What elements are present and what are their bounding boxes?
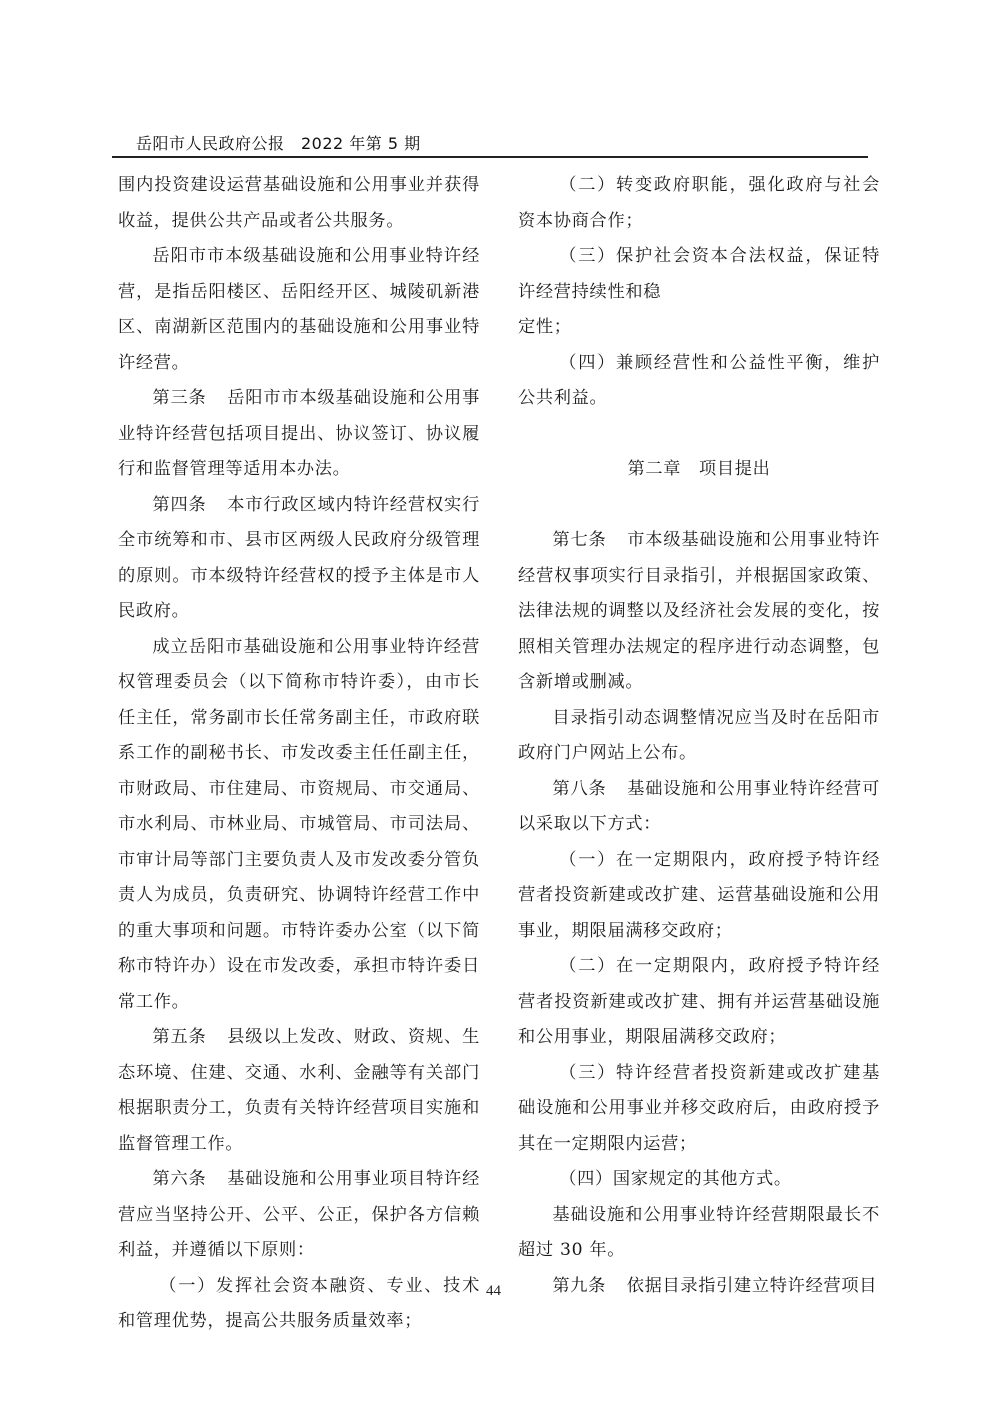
article-label: 第八条	[552, 779, 606, 799]
chapter-heading: 第二章 项目提出	[518, 417, 880, 524]
page-header: 岳阳市人民政府公报 2022 年第 5 期	[112, 128, 868, 158]
article-4: 第四条本市行政区域内特许经营权实行全市统筹和市、县市区两级人民政府分级管理的原则…	[118, 488, 480, 630]
left-column: 围内投资建设运营基础设施和公用事业并获得收益，提供公共产品或者公共服务。 岳阳市…	[118, 168, 480, 1340]
paragraph-catalog-publication: 目录指引动态调整情况应当及时在岳阳市政府门户网站上公布。	[518, 701, 880, 772]
article-3: 第三条岳阳市市本级基础设施和公用事业特许经营包括项目提出、协议签订、协议履行和监…	[118, 381, 480, 488]
article-label: 第三条	[152, 388, 206, 408]
list-item: （二）转变政府职能，强化政府与社会资本协商合作；	[518, 168, 880, 239]
list-item: （二）在一定期限内，政府授予特许经营者投资新建或改扩建、拥有并运营基础设施和公用…	[518, 949, 880, 1056]
article-text: 市本级基础设施和公用事业特许经营权事项实行目录指引，并根据国家政策、法律法规的调…	[518, 530, 880, 692]
paragraph-continued: 围内投资建设运营基础设施和公用事业并获得收益，提供公共产品或者公共服务。	[118, 168, 480, 239]
article-label: 第六条	[152, 1169, 206, 1189]
list-item: （四）兼顾经营性和公益性平衡，维护公共利益。	[518, 346, 880, 417]
article-label: 第四条	[152, 495, 206, 515]
article-6: 第六条基础设施和公用事业项目特许经营应当坚持公开、公平、公正，保护各方信赖利益，…	[118, 1162, 480, 1269]
article-label: 第九条	[552, 1276, 606, 1296]
article-8: 第八条基础设施和公用事业特许经营可以采取以下方式：	[518, 772, 880, 843]
list-item: （三）特许经营者投资新建或改扩建基础设施和公用事业并移交政府后，由政府授予其在一…	[518, 1056, 880, 1163]
article-7: 第七条市本级基础设施和公用事业特许经营权事项实行目录指引，并根据国家政策、法律法…	[518, 523, 880, 701]
paragraph-term-limit: 基础设施和公用事业特许经营期限最长不超过 30 年。	[518, 1198, 880, 1269]
article-5: 第五条县级以上发改、财政、资规、生态环境、住建、交通、水利、金融等有关部门根据职…	[118, 1020, 480, 1162]
right-column: （二）转变政府职能，强化政府与社会资本协商合作； （三）保护社会资本合法权益，保…	[518, 168, 880, 1304]
list-item-continued: 定性；	[518, 310, 880, 346]
publication-title: 岳阳市人民政府公报 2022 年第 5 期	[136, 131, 421, 154]
page-number: 44	[486, 1283, 501, 1300]
list-item: （三）保护社会资本合法权益，保证特许经营持续性和稳	[518, 239, 880, 310]
article-label: 第五条	[152, 1027, 206, 1047]
list-item: （四）国家规定的其他方式。	[518, 1162, 880, 1198]
article-label: 第七条	[552, 530, 606, 550]
paragraph-committee: 成立岳阳市基础设施和公用事业特许经营权管理委员会（以下简称市特许委），由市长任主…	[118, 630, 480, 1021]
list-item: （一）在一定期限内，政府授予特许经营者投资新建或改扩建、运营基础设施和公用事业，…	[518, 843, 880, 950]
paragraph-scope-definition: 岳阳市市本级基础设施和公用事业特许经营，是指岳阳楼区、岳阳经开区、城陵矶新港区、…	[118, 239, 480, 381]
list-item: （一）发挥社会资本融资、专业、技术和管理优势，提高公共服务质量效率；	[118, 1269, 480, 1340]
article-9: 第九条依据目录指引建立特许经营项目	[518, 1269, 880, 1305]
article-text: 依据目录指引建立特许经营项目	[627, 1276, 877, 1296]
